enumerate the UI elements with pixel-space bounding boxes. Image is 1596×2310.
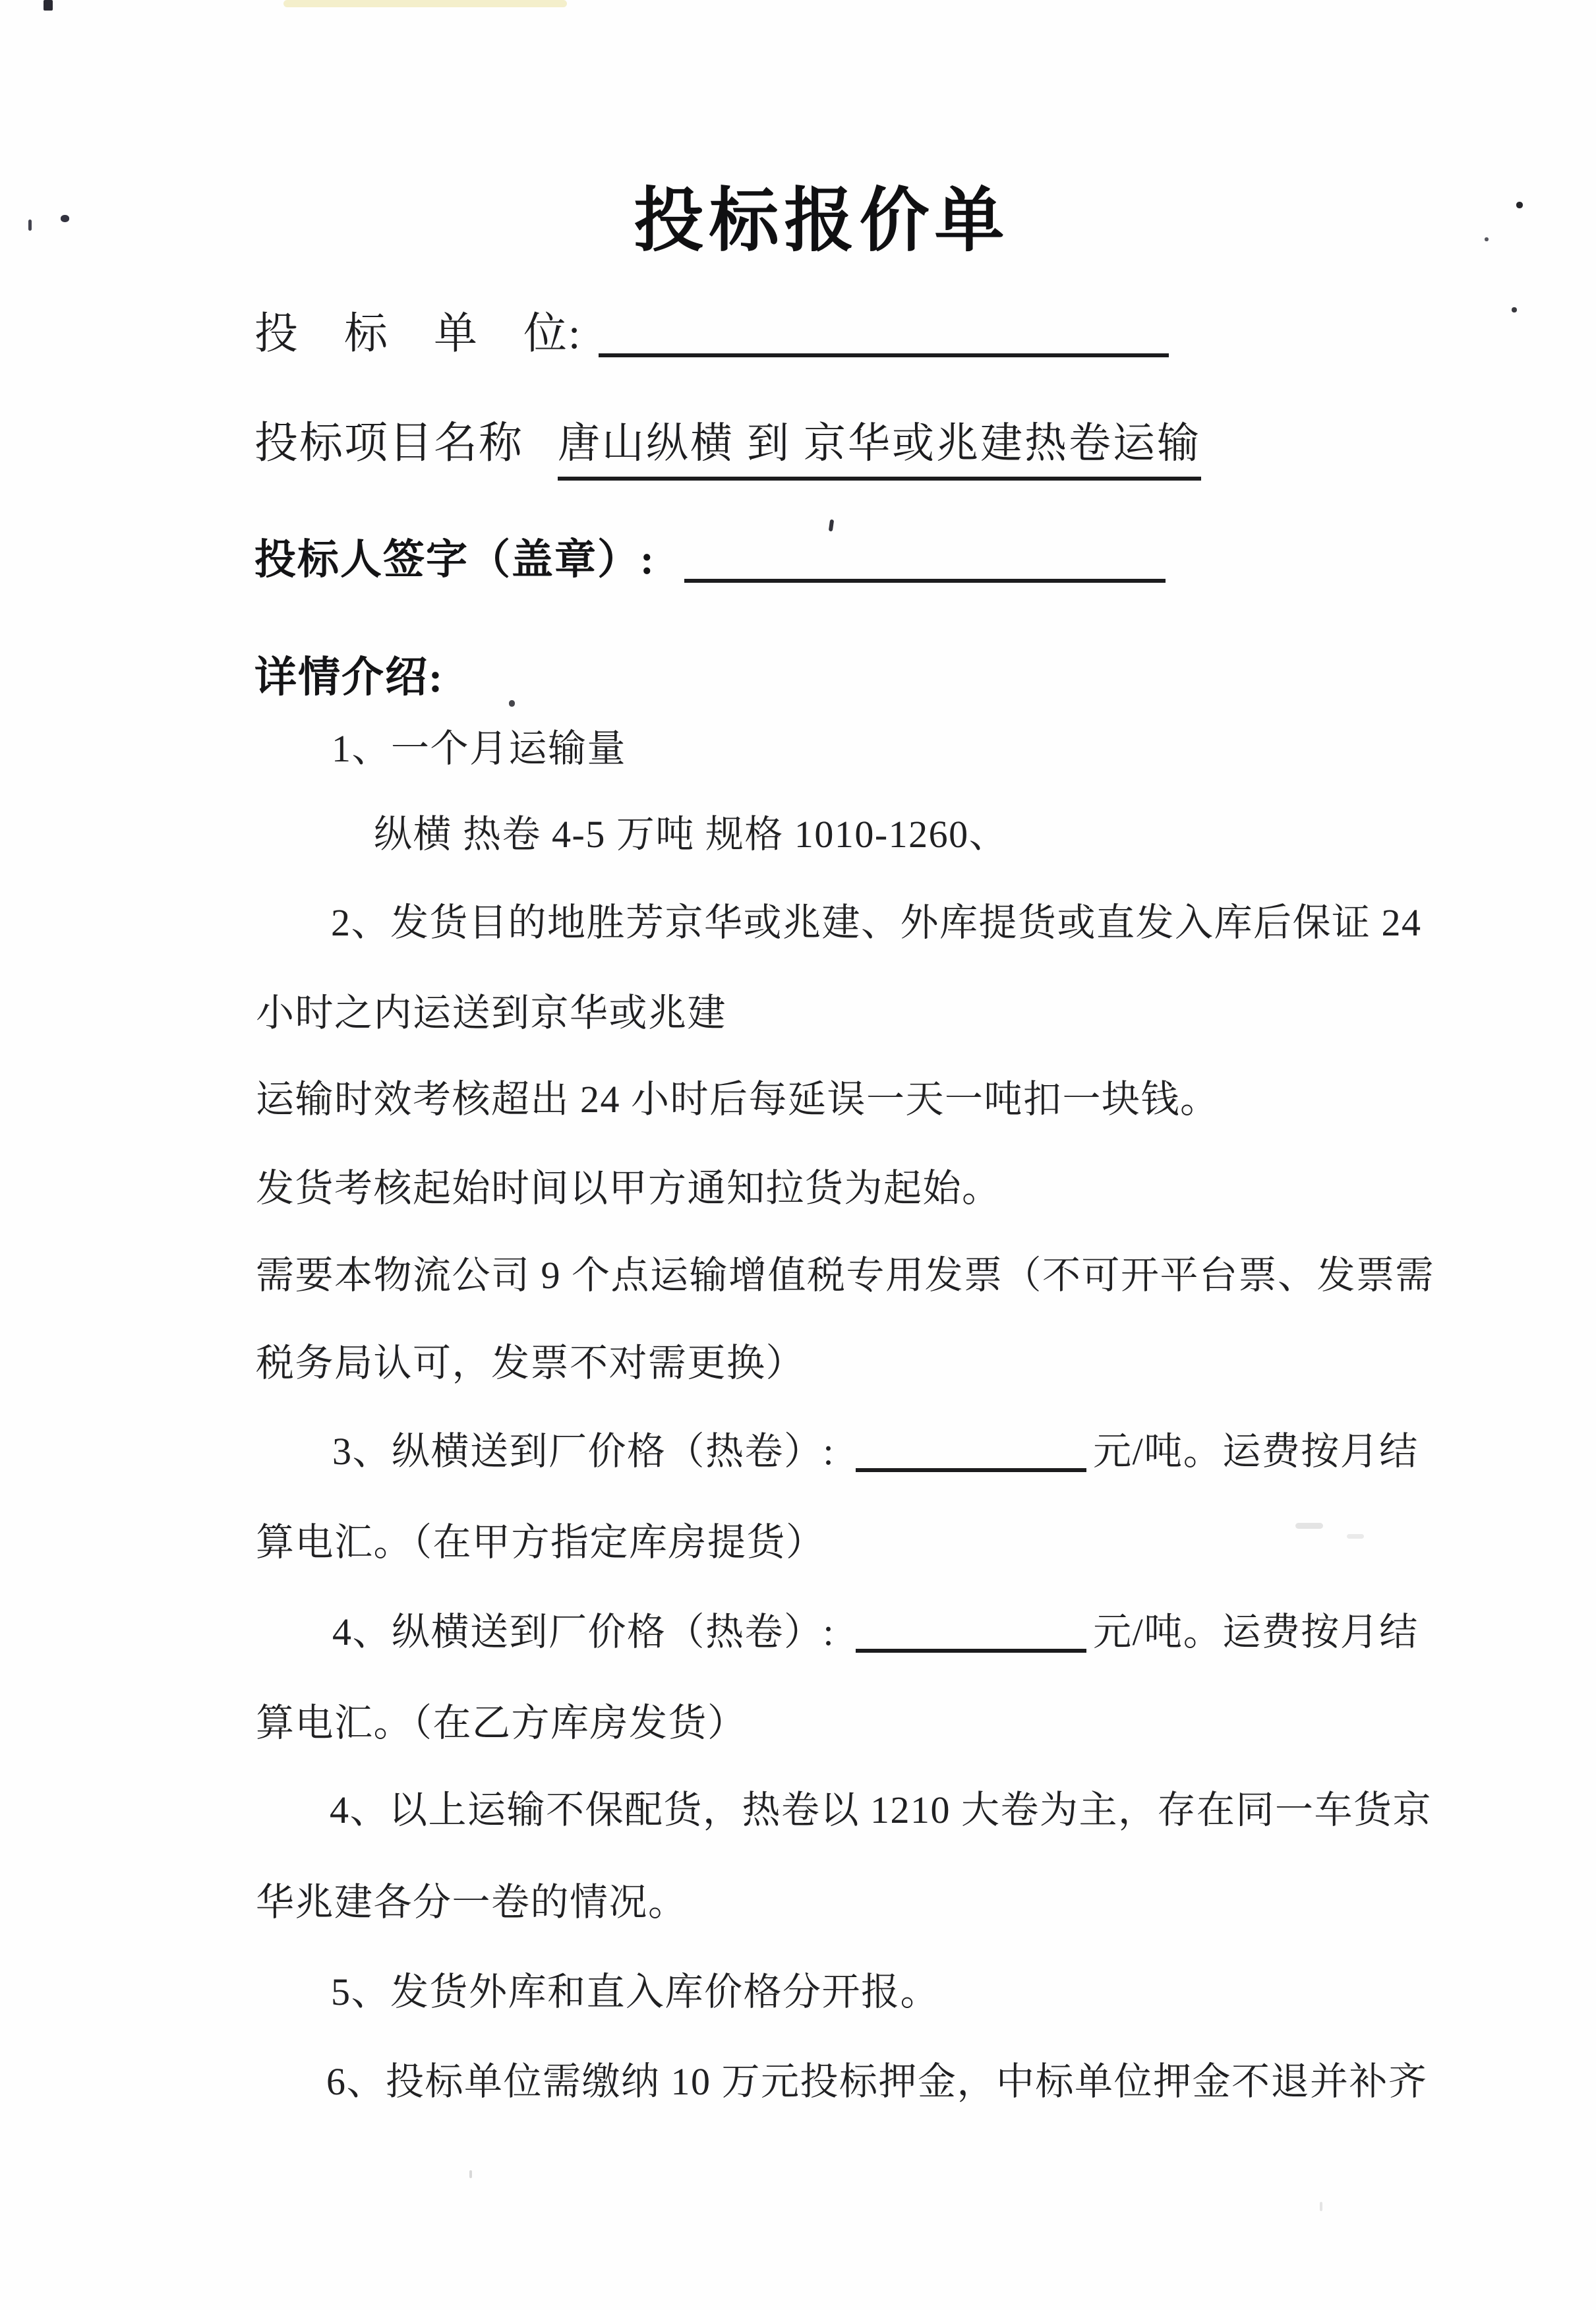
scan-speck bbox=[44, 0, 53, 11]
detail-line: 纵横 热卷 4-5 万吨 规格 1010-1260、 bbox=[374, 803, 1008, 858]
bid-unit-row: 投 标 单 位: bbox=[254, 298, 1169, 361]
scanned-document-page: 投标报价单 投 标 单 位: 投标项目名称唐山纵横 到 京华或兆建热卷运输 投标… bbox=[0, 0, 1596, 2310]
detail-line: 华兆建各分一卷的情况。 bbox=[256, 1871, 688, 1926]
scan-speck bbox=[61, 215, 69, 222]
detail-line-price: 4、纵横送到厂价格（热卷）:元/吨。运费按月结 bbox=[332, 1601, 1419, 1656]
price-blank bbox=[856, 1626, 1086, 1653]
detail-line: 5、发货外库和直入库价格分开报。 bbox=[331, 1961, 939, 2016]
scan-smudge bbox=[1347, 1534, 1364, 1539]
scan-speck bbox=[1512, 307, 1517, 312]
detail-line: 算电汇。（在甲方指定库房提货） bbox=[256, 1511, 825, 1566]
scan-speck bbox=[1516, 202, 1523, 208]
detail-line: 税务局认可，发票不对需更换） bbox=[256, 1332, 805, 1387]
detail-line: 需要本物流公司 9 个点运输增值税专用发票（不可开平台票、发票需 bbox=[256, 1244, 1434, 1299]
scan-speck bbox=[469, 2170, 472, 2178]
document-title: 投标报价单 bbox=[24, 165, 1596, 265]
price-line-suffix: 元/吨。运费按月结 bbox=[1093, 1430, 1419, 1473]
details-heading: 详情介绍: bbox=[254, 643, 444, 704]
detail-line-price: 3、纵横送到厂价格（热卷）:元/吨。运费按月结 bbox=[332, 1420, 1419, 1475]
detail-line: 发货考核起始时间以甲方通知拉货为起始。 bbox=[256, 1157, 1001, 1212]
price-line-suffix: 元/吨。运费按月结 bbox=[1093, 1611, 1419, 1653]
detail-line: 运输时效考核超出 24 小时后每延误一天一吨扣一块钱。 bbox=[256, 1068, 1220, 1123]
scan-speck bbox=[28, 220, 32, 231]
signature-label: 投标人签字（盖章）: bbox=[254, 526, 655, 586]
scan-smudge bbox=[283, 0, 567, 7]
detail-line: 4、以上运输不保配货，热卷以 1210 大卷为主，存在同一车货京 bbox=[330, 1779, 1432, 1834]
price-line-prefix: 4、纵横送到厂价格（热卷）: bbox=[332, 1611, 835, 1653]
project-name-value: 唐山纵横 到 京华或兆建热卷运输 bbox=[558, 409, 1201, 481]
signature-row: 投标人签字（盖章）: bbox=[254, 526, 1166, 586]
price-line-prefix: 3、纵横送到厂价格（热卷）: bbox=[332, 1430, 835, 1473]
price-blank bbox=[856, 1446, 1086, 1472]
scan-speck bbox=[1320, 2202, 1322, 2211]
bid-unit-label: 投 标 单 位: bbox=[254, 298, 581, 361]
detail-line: 算电汇。（在乙方库房发货） bbox=[256, 1692, 747, 1747]
detail-line: 1、一个月运输量 bbox=[332, 717, 626, 773]
detail-line: 2、发货目的地胜芳京华或兆建、外库提货或直发入库后保证 24 bbox=[331, 891, 1422, 947]
project-name-row: 投标项目名称唐山纵横 到 京华或兆建热卷运输 bbox=[254, 407, 1201, 481]
project-name-label: 投标项目名称 bbox=[254, 407, 523, 470]
scan-speck bbox=[509, 700, 515, 707]
detail-line: 6、投标单位需缴纳 10 万元投标押金，中标单位押金不退并补齐 bbox=[326, 2050, 1428, 2106]
detail-line: 小时之内运送到京华或兆建 bbox=[256, 982, 726, 1037]
scan-speck bbox=[1485, 237, 1489, 241]
signature-blank bbox=[684, 552, 1166, 583]
bid-unit-blank bbox=[599, 327, 1169, 357]
scan-smudge bbox=[1295, 1523, 1323, 1529]
